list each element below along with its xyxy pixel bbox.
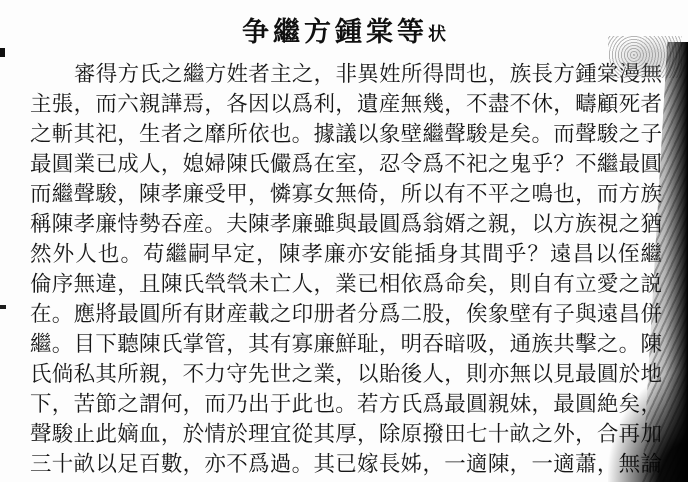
text-line: 最圓業已成人，媳婦陳氏儼爲在室，忍令爲不祀之鬼乎？不繼最圓 [30,149,662,179]
text-line: 下，苦節之謂何，而乃出于此也。若方氏爲最圓親妹，最圓絶矣， [30,389,662,419]
text-line: 主張，而六親譁焉，各因以爲利，遺産無幾，不盡不休，疇顧死者 [30,89,662,119]
text-line: 而繼聲駿，陳孝廉受甲，憐寡女無倚，所以有不平之鳴也，而方族 [30,179,662,209]
scan-corner-shadow [608,372,688,482]
text-line: 倫序無違，且陳氏煢煢未亡人，業已相依爲命矣，則自有立愛之説 [30,269,662,299]
scan-edge-speck [0,305,6,309]
scan-edge-speck [0,48,5,57]
text-line: 然外人也。苟繼嗣早定，陳孝廉亦安能插身其間乎？遠昌以侄繼叔， [30,239,662,269]
text-line: 繼。目下聽陳氏掌管，其有寡廉鮮耻，明吞暗吸，通族共擊之。陳 [30,329,662,359]
document-title-suffix: 状 [428,24,446,44]
text-line: 之斬其祀，生者之靡所依也。據議以象壁繼聲駿是矣。而聲駿之子 [30,119,662,149]
text-line: 聲駿止此嫡血，於情於理宜從其厚，除原撥田七十畝之外，合再加 [30,419,662,449]
text-line: 三十畝以足百數，亦不爲過。其已嫁長姊，一適陳，一適蕭，無論 [30,449,662,479]
text-line: 審得方氏之繼方姓者主之，非異姓所得問也，族長方鍾棠漫無 [30,59,662,89]
scanned-document-page: 争繼方鍾棠等状 審得方氏之繼方姓者主之，非異姓所得問也，族長方鍾棠漫無 主張，而… [0,0,688,482]
document-title-main: 争繼方鍾棠等 [242,17,428,47]
document-title: 争繼方鍾棠等状 [0,10,688,49]
document-body: 審得方氏之繼方姓者主之，非異姓所得問也，族長方鍾棠漫無 主張，而六親譁焉，各因以… [30,59,662,479]
text-line: 氏倘私其所親，不力守先世之業，以貽後人，則亦無以見最圓於地 [30,359,662,389]
text-line: 稱陳孝廉恃勢吞産。夫陳孝廉雖與最圓爲翁婿之親，以方族視之猶 [30,209,662,239]
text-line: 在。應將最圓所有財産載之印册者分爲二股，俟象壁有子與遠昌併 [30,299,662,329]
